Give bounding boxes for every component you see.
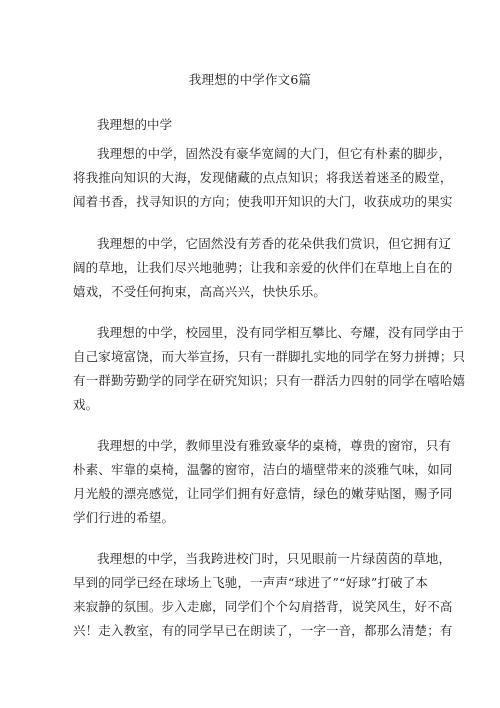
paragraph-line: 我理想的中学，教师里没有雅致豪华的桌椅，尊贵的窗帘，只有	[73, 434, 409, 458]
paragraph-line: 阔的草地，让我们尽兴地驰骋；让我和亲爱的伙伴们在草地上自在的	[73, 256, 409, 280]
paragraph-line: 月光般的漂亮感觉，让同学们拥有好意情，绿色的嫩芽贴图，赐予同	[73, 482, 409, 506]
paragraph-line: 我理想的中学，当我跨进校门时，只见眼前一片绿茵茵的草地，	[73, 547, 409, 571]
document-page: 我理想的中学作文6篇 我理想的中学 我理想的中学，固然没有豪华宽阔的大门，但它有…	[0, 0, 500, 708]
paragraph-line: 将我推向知识的大海，发现储藏的点点知识；将我送着迷圣的殿堂，	[73, 166, 409, 190]
paragraph-line: 戏。	[73, 393, 409, 417]
paragraph-line: 我理想的中学，固然没有豪华宽阔的大门，但它有朴素的脚步，	[73, 142, 409, 166]
paragraph-line: 自己家境富饶，而大举宣扬，只有一群脚扎实地的同学在努力拼搏；只	[73, 345, 409, 369]
paragraph-line: 兴！走入教室，有的同学早已在朗读了，一字一音，都那么清楚；有	[73, 619, 409, 643]
paragraph: 我理想的中学，校园里，没有同学相互攀比、夸耀，没有同学由于 自己家境富饶，而大举…	[73, 321, 409, 417]
paragraph: 我理想的中学，教师里没有雅致豪华的桌椅，尊贵的窗帘，只有 朴素、牢靠的桌椅，温馨…	[73, 434, 409, 530]
paragraph-line: 朴素、牢靠的桌椅，温馨的窗帘，洁白的墙壁带来的淡雅气味，如同	[73, 458, 409, 482]
paragraph-line: 我理想的中学，校园里，没有同学相互攀比、夸耀，没有同学由于	[73, 321, 409, 345]
paragraph-line: 闻着书香，找寻知识的方向；使我叩开知识的大门，收获成功的果实	[73, 190, 409, 214]
document-subtitle: 我理想的中学	[97, 116, 172, 134]
paragraph-line: 早到的同学已经在球场上飞驰，一声声“球进了”“好球”打破了本	[73, 571, 409, 595]
paragraph-line: 嬉戏，不受任何拘束，高高兴兴，快快乐乐。	[73, 280, 409, 304]
paragraph-line: 我理想的中学，它固然没有芳香的花朵供我们赏识，但它拥有辽	[73, 232, 409, 256]
paragraph: 我理想的中学，固然没有豪华宽阔的大门，但它有朴素的脚步， 将我推向知识的大海，发…	[73, 142, 409, 214]
paragraph-line: 来寂静的氛围。步入走廊，同学们个个勾肩搭背，说笑风生，好不高	[73, 595, 409, 619]
paragraph-line: 有一群勤劳勤学的同学在研究知识；只有一群活力四射的同学在嘻哈嬉	[73, 369, 409, 393]
paragraph-line: 学们行进的希望。	[73, 506, 409, 530]
paragraph: 我理想的中学，当我跨进校门时，只见眼前一片绿茵茵的草地， 早到的同学已经在球场上…	[73, 547, 409, 643]
document-body: 我理想的中学，固然没有豪华宽阔的大门，但它有朴素的脚步， 将我推向知识的大海，发…	[73, 142, 409, 659]
document-title: 我理想的中学作文6篇	[0, 71, 500, 89]
paragraph: 我理想的中学，它固然没有芳香的花朵供我们赏识，但它拥有辽 阔的草地，让我们尽兴地…	[73, 232, 409, 304]
